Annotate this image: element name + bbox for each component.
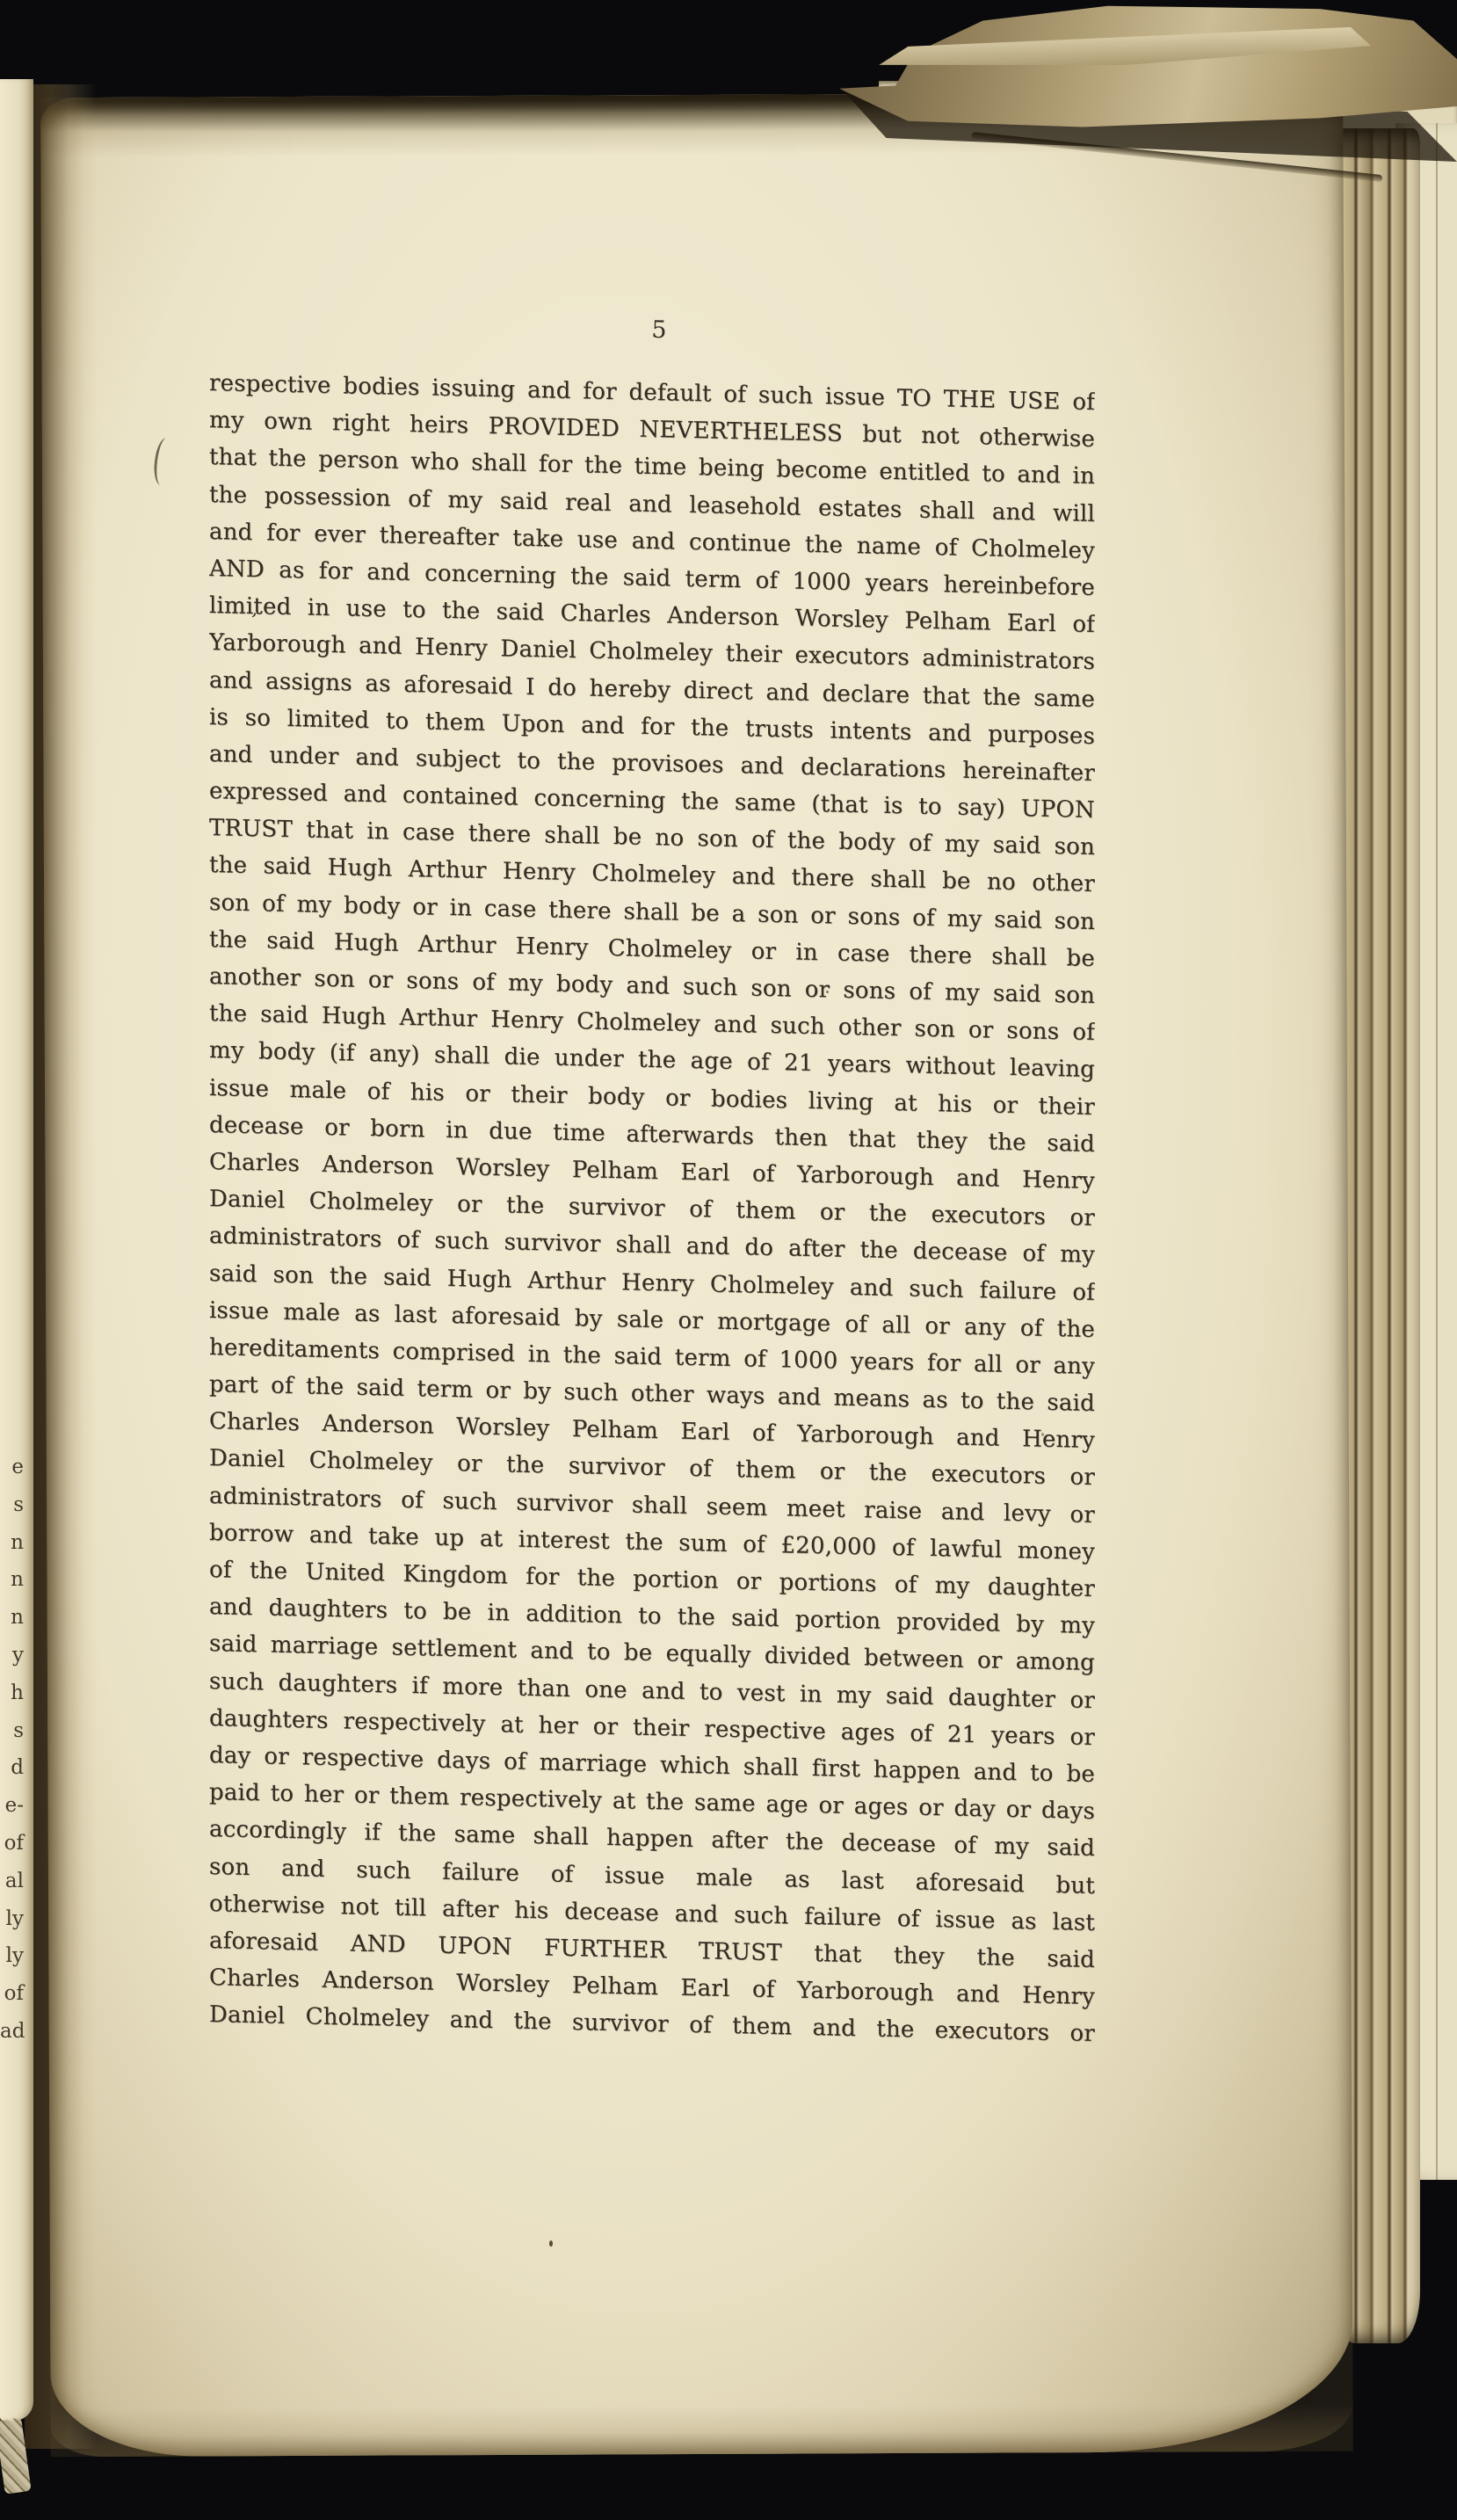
text-fragment: s <box>0 1486 26 1524</box>
text-fragment: ad <box>0 2013 26 2051</box>
book-scan: esnnnyhsde-ofallylyofad 5 respective bod… <box>0 0 1457 2520</box>
text-fragment: al <box>0 1863 26 1900</box>
text-fragment: n <box>0 1561 26 1599</box>
paper-speck <box>549 2240 553 2247</box>
text-fragment: e- <box>0 1787 26 1825</box>
page-number: 5 <box>641 316 677 344</box>
text-fragment: y <box>0 1637 26 1674</box>
text-fragment: d <box>0 1749 26 1787</box>
paper-speck <box>826 991 829 993</box>
gutter-shadow <box>25 84 97 2449</box>
body-text: respective bodies issuing and for defaul… <box>209 365 1095 2052</box>
paper-speck <box>1041 1433 1044 1436</box>
text-fragment: ly <box>0 1937 26 1975</box>
facing-page-text-fragments: esnnnyhsde-ofallylyofad <box>0 1449 26 2051</box>
text-fragment: e <box>0 1449 26 1486</box>
text-fragment: of <box>0 1975 26 2013</box>
text-fragment: n <box>0 1524 26 1562</box>
page-bottom-browned-edge <box>51 2404 1353 2457</box>
text-fragment: of <box>0 1825 26 1863</box>
facing-page-sliver <box>0 79 33 2421</box>
text-fragment: s <box>0 1712 26 1750</box>
text-fragment: ly <box>0 1900 26 1938</box>
text-fragment: n <box>0 1599 26 1637</box>
underlying-page-crease <box>1436 123 1438 2180</box>
text-fragment: h <box>0 1674 26 1712</box>
